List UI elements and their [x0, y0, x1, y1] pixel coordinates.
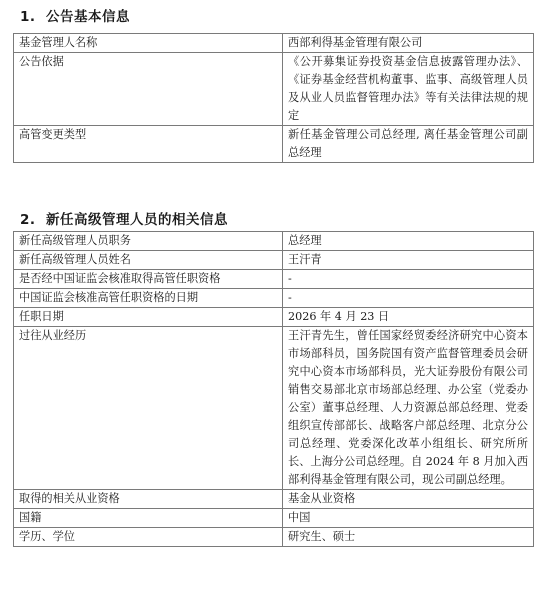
table-row: 任职日期 2026 年 4 月 23 日 — [14, 308, 534, 327]
section-1-number: 1. — [20, 9, 46, 25]
table-row: 高管变更类型 新任基金管理公司总经理, 离任基金管理公司副总经理 — [14, 126, 534, 163]
row-label: 新任高级管理人员职务 — [14, 232, 283, 251]
row-value: 基金从业资格 — [283, 490, 534, 509]
table-row: 基金管理人名称 西部利得基金管理有限公司 — [14, 34, 534, 53]
table-row: 中国证监会核准高管任职资格的日期 - — [14, 289, 534, 308]
row-value: - — [283, 289, 534, 308]
table-row: 过往从业经历 王汗青先生，曾任国家经贸委经济研究中心资本市场部科员，国务院国有资… — [14, 327, 534, 490]
row-value: 新任基金管理公司总经理, 离任基金管理公司副总经理 — [283, 126, 534, 163]
section-2-title: 新任高级管理人员的相关信息 — [46, 212, 228, 228]
row-label: 基金管理人名称 — [14, 34, 283, 53]
table-row: 国籍 中国 — [14, 509, 534, 528]
table-row: 取得的相关从业资格 基金从业资格 — [14, 490, 534, 509]
table-row: 新任高级管理人员姓名 王汗青 — [14, 251, 534, 270]
table-row: 是否经中国证监会核准取得高管任职资格 - — [14, 270, 534, 289]
row-label: 高管变更类型 — [14, 126, 283, 163]
row-label: 公告依据 — [14, 53, 283, 126]
row-value: 总经理 — [283, 232, 534, 251]
row-label: 取得的相关从业资格 — [14, 490, 283, 509]
basic-info-table: 基金管理人名称 西部利得基金管理有限公司 公告依据 《公开募集证券投资基金信息披… — [13, 33, 534, 163]
row-value: 西部利得基金管理有限公司 — [283, 34, 534, 53]
section-1-title: 公告基本信息 — [46, 9, 130, 25]
row-label: 过往从业经历 — [14, 327, 283, 490]
new-executive-table: 新任高级管理人员职务 总经理 新任高级管理人员姓名 王汗青 是否经中国证监会核准… — [13, 231, 534, 547]
row-value: 2026 年 4 月 23 日 — [283, 308, 534, 327]
table-row: 公告依据 《公开募集证券投资基金信息披露管理办法》、《证券基金经营机构董事、监事… — [14, 53, 534, 126]
row-label: 任职日期 — [14, 308, 283, 327]
row-value: 中国 — [283, 509, 534, 528]
section-2-heading: 2.新任高级管理人员的相关信息 — [20, 208, 228, 228]
table-row: 新任高级管理人员职务 总经理 — [14, 232, 534, 251]
row-label: 中国证监会核准高管任职资格的日期 — [14, 289, 283, 308]
row-value: 研究生、硕士 — [283, 528, 534, 547]
row-value: 《公开募集证券投资基金信息披露管理办法》、《证券基金经营机构董事、监事、高级管理… — [283, 53, 534, 126]
table-row: 学历、学位 研究生、硕士 — [14, 528, 534, 547]
row-value: 王汗青 — [283, 251, 534, 270]
row-label: 学历、学位 — [14, 528, 283, 547]
row-value: 王汗青先生，曾任国家经贸委经济研究中心资本市场部科员，国务院国有资产监督管理委员… — [283, 327, 534, 490]
section-1-heading: 1.公告基本信息 — [20, 5, 130, 25]
row-label: 新任高级管理人员姓名 — [14, 251, 283, 270]
row-value: - — [283, 270, 534, 289]
section-2-number: 2. — [20, 212, 46, 228]
row-label: 是否经中国证监会核准取得高管任职资格 — [14, 270, 283, 289]
row-label: 国籍 — [14, 509, 283, 528]
